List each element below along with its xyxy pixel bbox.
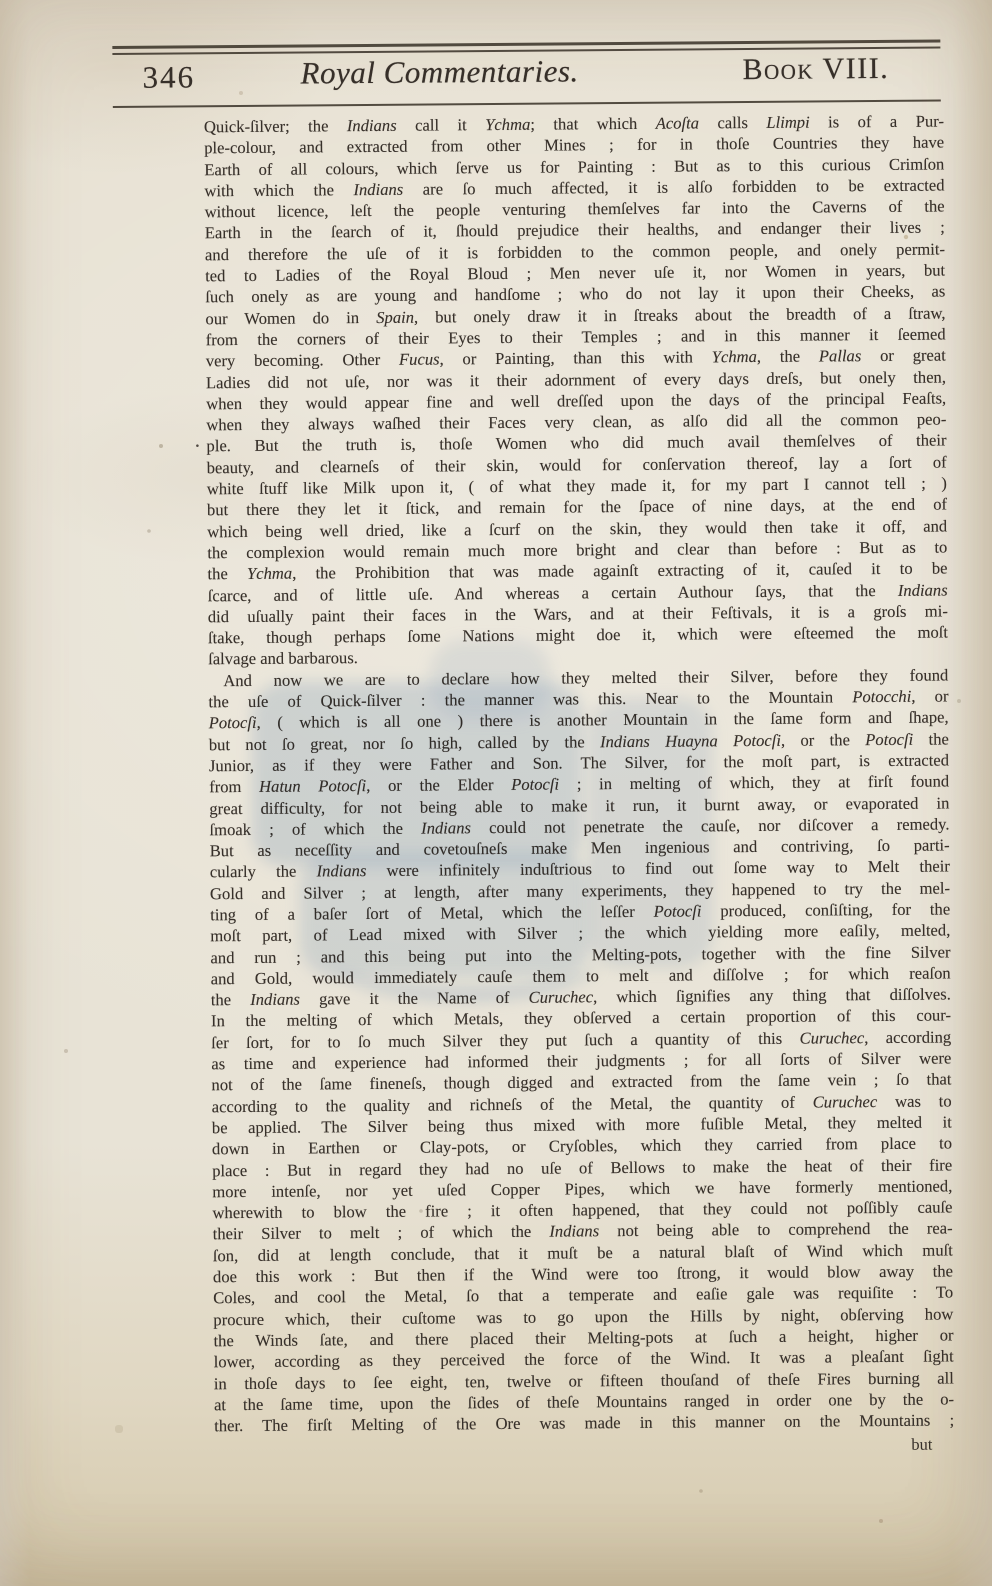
header-bottom-rule: [113, 100, 941, 109]
book-label: Book VIII.: [742, 52, 889, 87]
paper-specks: [0, 0, 2, 2]
text-line: ther. The firſt Melting of the Ore was m…: [214, 1410, 954, 1437]
running-title: Royal Commentaries.: [300, 53, 660, 92]
catchword: but: [911, 1435, 932, 1455]
margin-note-mark: •: [195, 440, 199, 452]
page-number: 346: [142, 59, 195, 95]
book-page-scan: 346 Royal Commentaries. Book VIII. • Qui…: [0, 0, 992, 1586]
page-body: Quick-ſilver; the Indians call it Ychma;…: [204, 110, 954, 1436]
printed-content: 346 Royal Commentaries. Book VIII. • Qui…: [0, 0, 992, 1586]
